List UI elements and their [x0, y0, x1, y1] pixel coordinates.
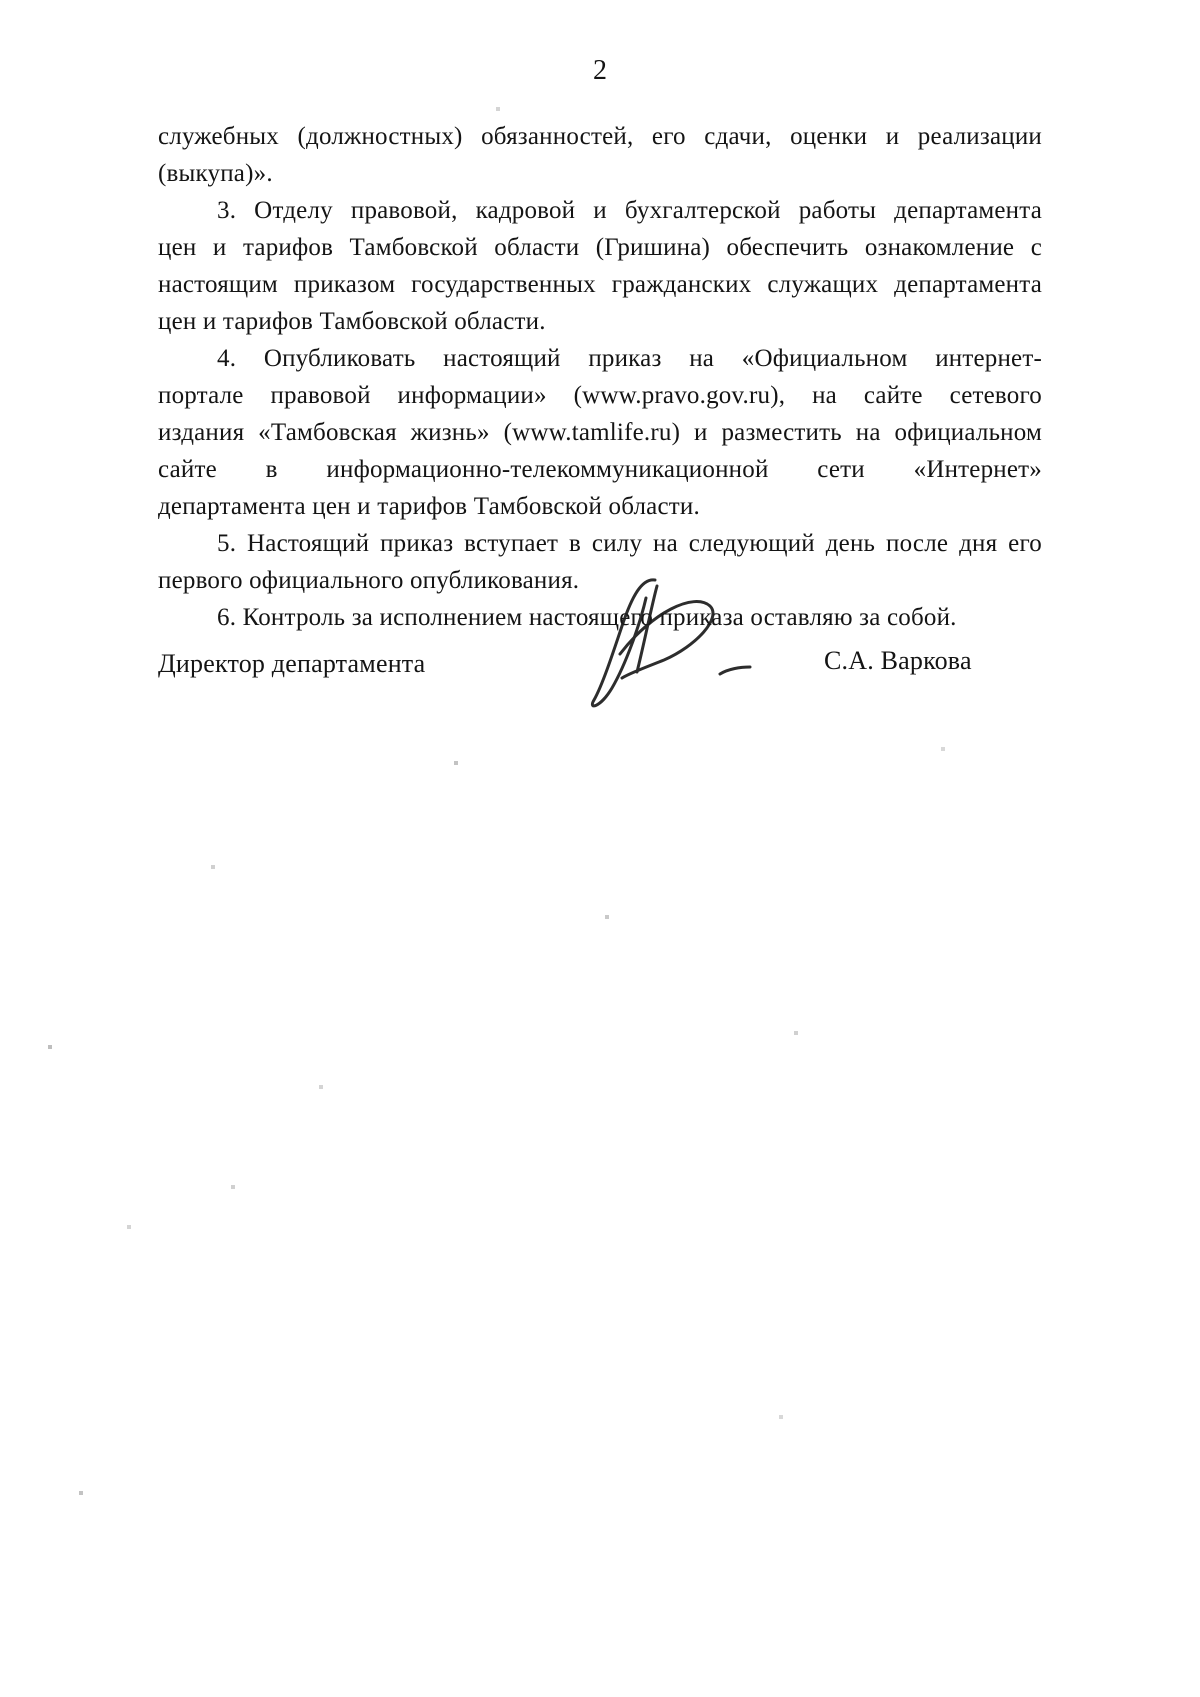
page-number: 2: [158, 52, 1042, 89]
signatory-name: С.А. Варкова: [824, 642, 972, 679]
paragraph-3-line-2: портале правовой информации» (www.pravo.…: [158, 377, 1042, 414]
scan-noise-specks: [0, 0, 2, 2]
paragraph-1-line-2: (выкупа)».: [158, 155, 1042, 192]
paragraph-2-line-4: цен и тарифов Тамбовской области.: [158, 303, 1042, 340]
paragraph-4-line-1: 5. Настоящий приказ вступает в силу на с…: [158, 525, 1042, 562]
paragraph-2-line-2: цен и тарифов Тамбовской области (Гришин…: [158, 229, 1042, 266]
document-body: служебных (должностных) обязанностей, ег…: [158, 118, 1042, 636]
document-page: 2 служебных (должностных) обязанностей, …: [0, 0, 1200, 1697]
paragraph-2-line-3: настоящим приказом государственных гражд…: [158, 266, 1042, 303]
paragraph-3-line-4: сайте в информационно-телекоммуникационн…: [158, 451, 1042, 488]
paragraph-3-line-3: издания «Тамбовская жизнь» (www.tamlife.…: [158, 414, 1042, 451]
signature-autograph-icon: [560, 568, 765, 716]
signatory-title: Директор департамента: [158, 645, 425, 682]
paragraph-3-line-5: департамента цен и тарифов Тамбовской об…: [158, 488, 1042, 525]
paragraph-1-line-1: служебных (должностных) обязанностей, ег…: [158, 118, 1042, 155]
paragraph-3-line-1: 4. Опубликовать настоящий приказ на «Офи…: [158, 340, 1042, 377]
paragraph-2-line-1: 3. Отделу правовой, кадровой и бухгалтер…: [158, 192, 1042, 229]
